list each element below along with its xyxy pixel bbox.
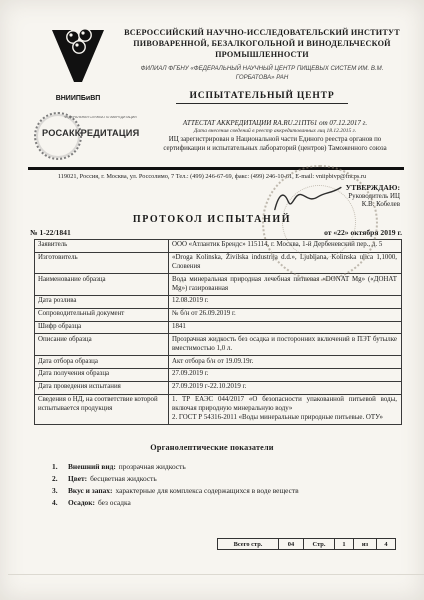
table-row: Наименование образцаВода минеральная при… [35,274,402,296]
item-number: 4. [52,497,68,509]
row-label: Описание образца [35,334,169,356]
row-label: Дата розлива [35,295,169,308]
page-label: Стр. [304,539,335,550]
table-row: Дата розлива12.08.2019 г. [35,295,402,308]
branch-line: ФИЛИАЛ ФГБНУ «ФЕДЕРАЛЬНЫЙ НАУЧНЫЙ ЦЕНТР … [122,65,402,83]
row-value: № б/н от 26.09.2019 г. [169,308,402,321]
row-label: Заявитель [35,239,169,252]
total-pages-label: Всего стр. [218,539,279,550]
row-label: Дата получения образца [35,368,169,381]
table-row: Описание образцаПрозрачная жидкость без … [35,334,402,356]
row-label: Шифр образца [35,321,169,334]
row-value: Прозрачная жидкость без осадка и посторо… [169,334,402,356]
row-label: Наименование образца [35,274,169,296]
testing-center-title: ИСПЫТАТЕЛЬНЫЙ ЦЕНТР [176,90,349,104]
row-label: Дата проведения испытания [35,381,169,394]
item-number: 2. [52,473,68,485]
rosaccreditation-wordmark: РОСАККРЕДИТАЦИЯ [42,128,139,138]
row-value: Вода минеральная природная лечебная пить… [169,274,402,296]
item-text: без осадка [98,497,131,509]
vniipbivp-logo-icon [49,28,107,88]
protocol-number: № 1-22/1841 [30,228,71,237]
row-value: 1. ТР ЕАЭС 044/2017 «О безопасности упак… [169,394,402,424]
organoleptic-list: 1. Внешний вид: прозрачная жидкость 2. Ц… [52,461,384,508]
approver-name: К.В. Кобелев [346,201,400,208]
list-item: 2. Цвет: бесцветная жидкость [52,473,384,485]
table-row: Сопроводительный документ№ б/н от 26.09.… [35,308,402,321]
row-value: 27.09.2019 г-22.10.2019 г. [169,381,402,394]
row-label: Сведения о НД, на соответствие которой и… [35,394,169,424]
row-label: Сопроводительный документ [35,308,169,321]
item-number: 1. [52,461,68,473]
table-row: Дата отбора образцаАкт отбора б/н от 19.… [35,356,402,369]
accreditation-register-date-line: Дата внесения сведений в реестр аккредит… [148,128,402,134]
contact-line: 119021, Россия, г. Москва, ул. Россолимо… [0,173,424,180]
list-item: 3. Вкус и запах: характерные для комплек… [52,485,384,497]
item-label: Цвет: [68,473,87,485]
list-item: 1. Внешний вид: прозрачная жидкость [52,461,384,473]
rosaccreditation-logo: ФЕДЕРАЛЬНАЯ СЛУЖБА ПО АККРЕДИТАЦИИ РОСАК… [30,110,148,162]
of-value: 4 [377,539,396,550]
accreditation-row: ФЕДЕРАЛЬНАЯ СЛУЖБА ПО АККРЕДИТАЦИИ РОСАК… [30,110,402,162]
page-value: 1 [335,539,354,550]
organoleptic-section-title: Органолептические показатели [0,443,424,452]
of-label: из [354,539,377,550]
item-label: Внешний вид: [68,461,116,473]
approval-title: УТВЕРЖДАЮ: [346,183,400,192]
item-text: прозрачная жидкость [119,461,186,473]
row-value: 27.09.2019 г. [169,368,402,381]
header-text-block: ВСЕРОССИЙСКИЙ НАУЧНО-ИССЛЕДОВАТЕЛЬСКИЙ И… [122,28,402,104]
accreditation-certificate-line: АТТЕСТАТ АККРЕДИТАЦИИ RA.RU.21ПТ61 от 07… [148,119,402,127]
accreditation-registration-line: ИЦ зарегистрирован в Национальной части … [148,136,402,154]
logo-caption: ВНИИПБиВП [34,95,122,102]
header-divider [28,167,404,170]
table-row: Шифр образца1841 [35,321,402,334]
item-text: бесцветная жидкость [90,473,157,485]
page-counter-table: Всего стр. 04 Стр. 1 из 4 [217,538,396,550]
table-row: Сведения о НД, на соответствие которой и… [35,394,402,424]
total-pages-value: 04 [279,539,304,550]
protocol-document: ВНИИПБиВП ВСЕРОССИЙСКИЙ НАУЧНО-ИССЛЕДОВА… [0,0,424,600]
row-label: Дата отбора образца [35,356,169,369]
institute-name: ВСЕРОССИЙСКИЙ НАУЧНО-ИССЛЕДОВАТЕЛЬСКИЙ И… [122,28,402,60]
scan-artifact-line [8,574,424,575]
accreditation-text-block: АТТЕСТАТ АККРЕДИТАЦИИ RA.RU.21ПТ61 от 07… [148,119,402,154]
table-row: Дата получения образца27.09.2019 г. [35,368,402,381]
list-item: 4. Осадок: без осадка [52,497,384,509]
item-text: характерные для комплекса содержащихся в… [115,485,298,497]
item-number: 3. [52,485,68,497]
approver-role: Руководитель ИЦ [346,193,400,200]
row-value: 12.08.2019 г. [169,295,402,308]
item-label: Вкус и запах: [68,485,112,497]
row-value: Акт отбора б/н от 19.09.19г. [169,356,402,369]
row-value: 1841 [169,321,402,334]
rosaccreditation-top-text: ФЕДЕРАЛЬНАЯ СЛУЖБА ПО АККРЕДИТАЦИИ [64,116,152,119]
institute-logo-block: ВНИИПБиВП [34,28,122,104]
page-counter: Всего стр. 04 Стр. 1 из 4 [217,538,396,550]
item-label: Осадок: [68,497,95,509]
table-row: Дата проведения испытания27.09.2019 г-22… [35,381,402,394]
document-header: ВНИИПБиВП ВСЕРОССИЙСКИЙ НАУЧНО-ИССЛЕДОВА… [34,28,402,104]
row-label: Изготовитель [35,252,169,274]
approval-block: УТВЕРЖДАЮ: Руководитель ИЦ К.В. Кобелев [346,183,400,208]
